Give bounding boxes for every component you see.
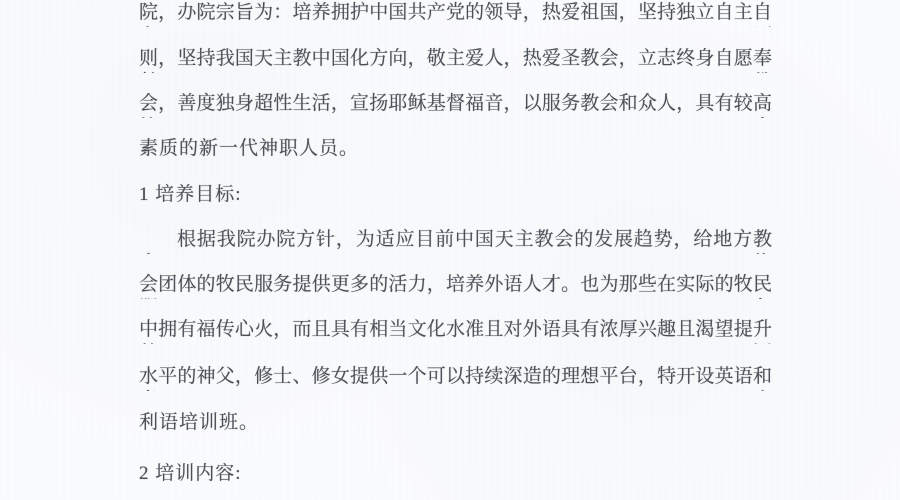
text-line: 素质的新一代神职人员。 xyxy=(139,137,359,163)
section-heading-1: 1 培养目标: xyxy=(139,183,242,209)
text-line: 水平的神父，修士、修女提供一个可以持续深造的理想平台，特开设英语和意大 xyxy=(139,365,772,391)
text-line: 根据我院办院方针，为适应目前中国天主教会的发展趋势，给地方教会、修 xyxy=(139,228,772,254)
text-line: 利语培训班。 xyxy=(139,411,259,437)
section-heading-2: 2 培训内容: xyxy=(139,462,242,488)
text-line: 中拥有福传心火，而且具有相当文化水准且对外语具有浓厚兴趣且渴望提升外语 xyxy=(139,318,772,344)
text-line: 则，坚持我国天主教中国化方向，敬主爱人，热爱圣教会，立志终身自愿奉献教 xyxy=(139,47,772,73)
text-line: 会，善度独身超性生活，宣扬耶稣基督福音，以服务教会和众人，具有较高综合 xyxy=(139,92,772,118)
text-line: 院，办院宗旨为：培养拥护中国共产党的领导，热爱祖国，坚持独立自主自办原 xyxy=(139,1,772,27)
text-line: 会团体的牧民服务提供更多的活力，培养外语人才。也为那些在实际的牧民服务 xyxy=(139,273,772,299)
document-page: 院，办院宗旨为：培养拥护中国共产党的领导，热爱祖国，坚持独立自主自办原 则，坚持… xyxy=(0,0,900,500)
